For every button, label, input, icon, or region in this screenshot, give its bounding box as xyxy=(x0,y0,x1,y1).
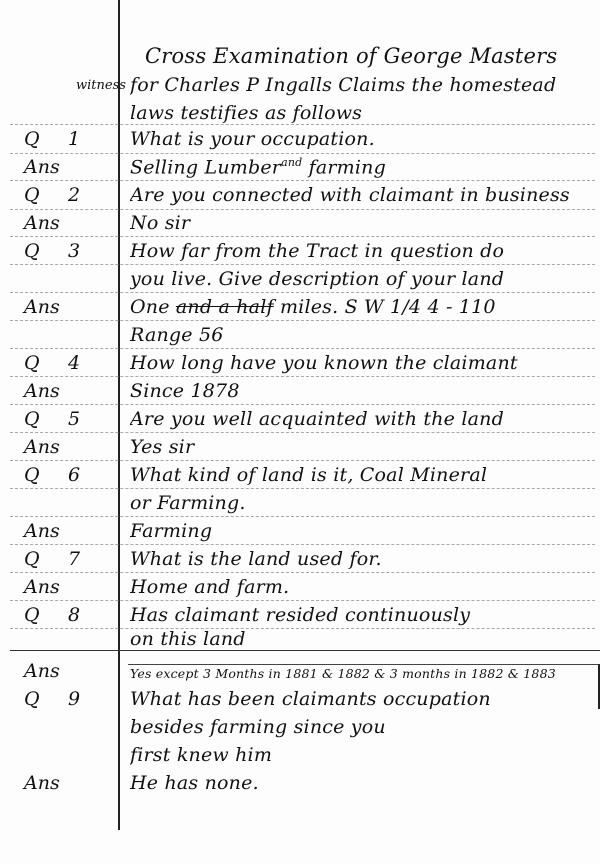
question-text: Are you well acquainted with the land xyxy=(130,408,595,430)
answer-text: Yes sir xyxy=(130,436,595,458)
question-text: How far from the Tract in question do xyxy=(130,240,595,262)
label-text: Ans xyxy=(24,380,68,402)
answer-label: Ans xyxy=(24,156,114,178)
question-text: How long have you known the claimant xyxy=(130,352,595,374)
ruled-line xyxy=(10,320,595,321)
label-text: Q xyxy=(24,604,68,626)
ruled-line xyxy=(10,572,595,573)
label-text: Q xyxy=(24,128,68,150)
answer-text: besides farming since you xyxy=(130,716,595,738)
question-label: Q2 xyxy=(24,184,114,206)
label-text: Ans xyxy=(24,576,68,598)
answer-text: No sir xyxy=(130,212,595,234)
blank-label xyxy=(24,324,114,346)
label-text: Q xyxy=(24,240,68,262)
answer-text: He has none. xyxy=(130,772,595,794)
ruled-line xyxy=(10,460,595,461)
answer-label: Ans xyxy=(24,212,114,234)
answer-text: you live. Give description of your land xyxy=(130,268,595,290)
answer-label: Ans xyxy=(24,772,114,794)
answer-text: Home and farm. xyxy=(130,576,595,598)
ruled-line xyxy=(10,600,595,601)
question-number: 1 xyxy=(68,128,80,150)
ruled-line xyxy=(10,292,595,293)
text-segment: miles. S W 1/4 4 - 110 xyxy=(274,296,496,318)
answer-text: Range 56 xyxy=(130,324,595,346)
question-text: Are you connected with claimant in busin… xyxy=(130,184,595,206)
label-text: Q xyxy=(24,184,68,206)
ruled-line xyxy=(10,488,595,489)
question-number: 7 xyxy=(68,548,80,570)
question-label: Q8 xyxy=(24,604,114,626)
ruled-line xyxy=(10,348,595,349)
title-line-2: for Charles P Ingalls Claims the homeste… xyxy=(130,74,595,96)
label-text: Ans xyxy=(24,212,68,234)
label-text: Q xyxy=(24,464,68,486)
ruled-line xyxy=(10,180,595,181)
text-segment: Selling Lumber xyxy=(130,156,281,178)
label-text: Ans xyxy=(24,520,68,542)
answer-text: Farming xyxy=(130,520,595,542)
question-label: Q1 xyxy=(24,128,114,150)
label-text: Ans xyxy=(24,660,68,682)
answer-text: Selling Lumberand farming xyxy=(130,156,595,178)
answer-text: on this land xyxy=(130,628,595,650)
answer-text: Since 1878 xyxy=(130,380,595,402)
title-line-1: Cross Examination of George Masters xyxy=(145,44,600,68)
ruled-line xyxy=(10,264,595,265)
question-label: Q3 xyxy=(24,240,114,262)
label-text: Q xyxy=(24,688,68,710)
ruled-line xyxy=(10,124,595,125)
question-number: 4 xyxy=(68,352,80,374)
answer-box-outline xyxy=(128,664,600,709)
section-divider xyxy=(10,650,600,651)
document-page: Cross Examination of George Masters witn… xyxy=(0,0,600,864)
blank-label xyxy=(24,492,114,514)
question-label: Q7 xyxy=(24,548,114,570)
question-number: 6 xyxy=(68,464,80,486)
ruled-line xyxy=(10,516,595,517)
aside-label: witness xyxy=(76,78,126,93)
answer-text: first knew him xyxy=(130,744,595,766)
question-number: 5 xyxy=(68,408,80,430)
blank-label xyxy=(24,628,114,650)
answer-text: One and a half miles. S W 1/4 4 - 110 xyxy=(130,296,595,318)
answer-label: Ans xyxy=(24,660,114,682)
question-text: Has claimant resided continuously xyxy=(130,604,595,626)
label-text: Q xyxy=(24,352,68,374)
answer-label: Ans xyxy=(24,436,114,458)
text-segment: One xyxy=(130,296,176,318)
title-line-3: laws testifies as follows xyxy=(130,102,595,124)
answer-text: or Farming. xyxy=(130,492,595,514)
superscript-insertion: and xyxy=(281,156,302,169)
ruled-line xyxy=(10,404,595,405)
blank-label xyxy=(24,744,114,766)
answer-label: Ans xyxy=(24,380,114,402)
ruled-line xyxy=(10,153,595,154)
question-text: What is the land used for. xyxy=(130,548,595,570)
question-number: 9 xyxy=(68,688,80,710)
ruled-line xyxy=(10,209,595,210)
blank-label xyxy=(24,716,114,738)
question-label: Q9 xyxy=(24,688,114,710)
blank-label xyxy=(24,268,114,290)
label-text: Ans xyxy=(24,772,68,794)
ruled-line xyxy=(10,376,595,377)
ruled-line xyxy=(10,236,595,237)
question-label: Q6 xyxy=(24,464,114,486)
label-text: Ans xyxy=(24,436,68,458)
question-text: What is your occupation. xyxy=(130,128,595,150)
label-text: Ans xyxy=(24,156,68,178)
label-text: Q xyxy=(24,408,68,430)
ruled-line xyxy=(10,432,595,433)
question-number: 8 xyxy=(68,604,80,626)
question-label: Q4 xyxy=(24,352,114,374)
answer-label: Ans xyxy=(24,520,114,542)
question-number: 3 xyxy=(68,240,80,262)
question-text: What kind of land is it, Coal Mineral xyxy=(130,464,595,486)
answer-label: Ans xyxy=(24,576,114,598)
label-text: Q xyxy=(24,548,68,570)
question-label: Q5 xyxy=(24,408,114,430)
label-text: Ans xyxy=(24,296,68,318)
ruled-line xyxy=(10,544,595,545)
text-segment: farming xyxy=(302,156,386,178)
struck-text: and a half xyxy=(176,296,274,318)
question-number: 2 xyxy=(68,184,80,206)
answer-label: Ans xyxy=(24,296,114,318)
